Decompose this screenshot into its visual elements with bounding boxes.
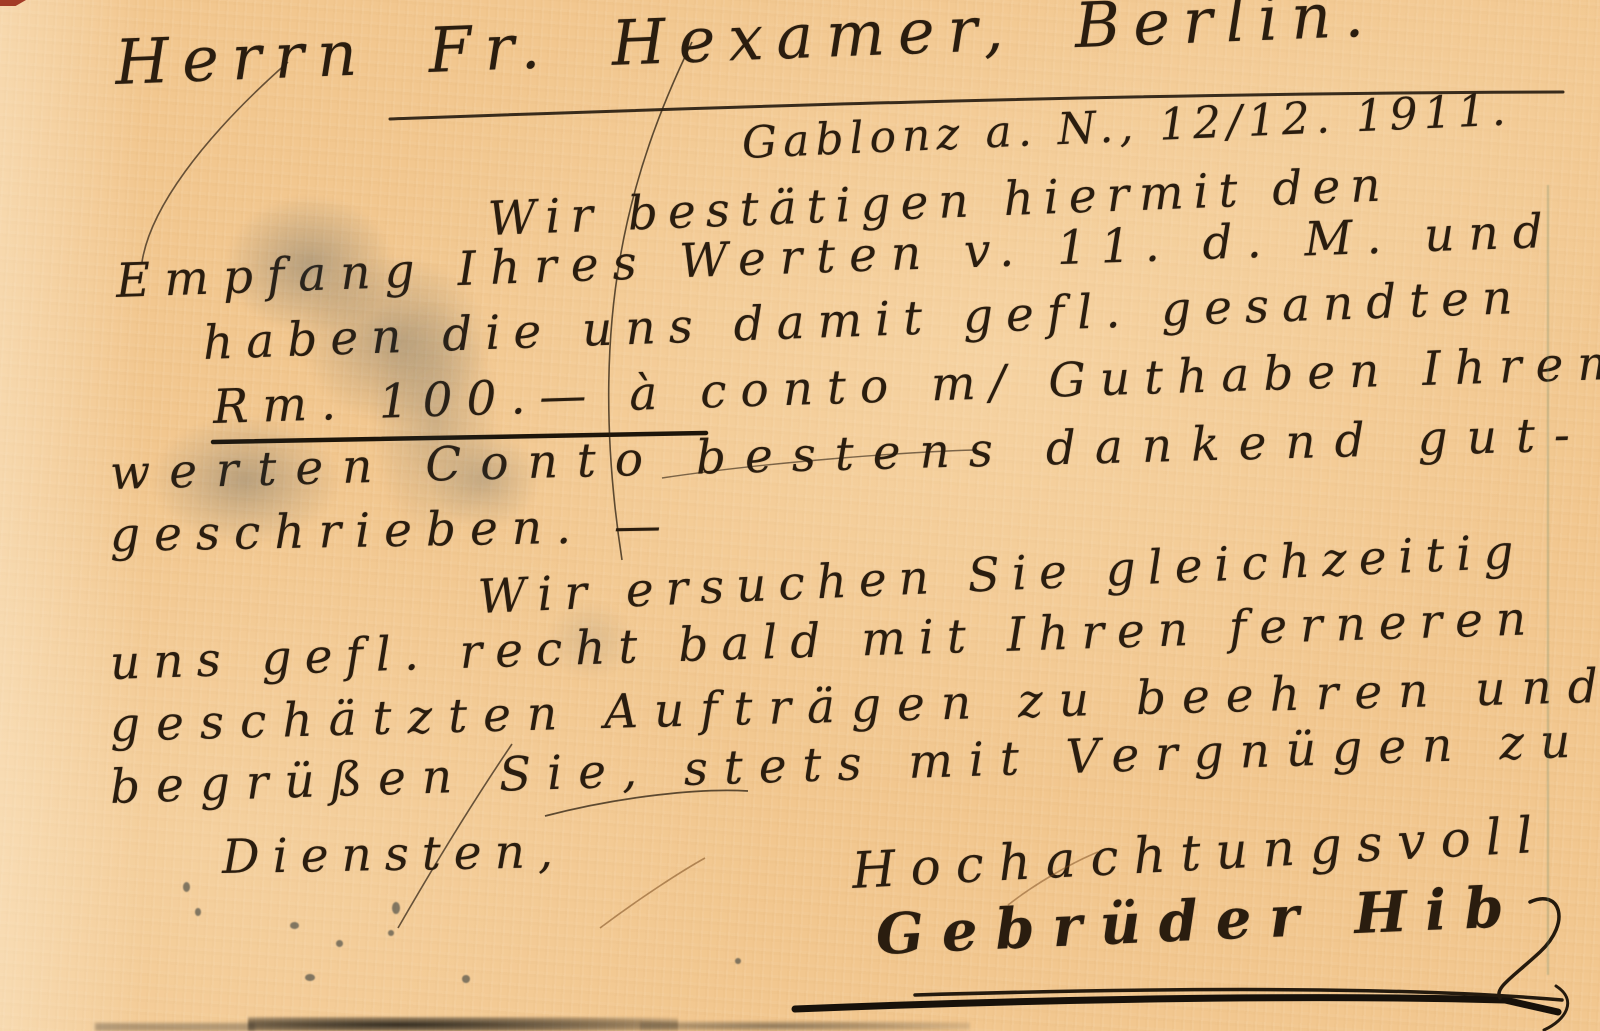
ink-speck	[195, 908, 201, 916]
ink-speck	[336, 940, 343, 947]
signature-flourish-hook	[1544, 986, 1568, 1030]
ink-speck	[735, 958, 741, 964]
bottom-edge-print-smudge	[640, 1021, 970, 1031]
recipient-line: Herrn Fr. Hexamer, Berlin.	[114, 0, 1378, 99]
ink-speck	[388, 930, 394, 936]
ink-speck	[462, 975, 470, 983]
ink-speck	[392, 902, 400, 914]
ink-speck	[305, 974, 315, 981]
signature-flourish	[795, 998, 1558, 1012]
postmark-smudge	[545, 600, 635, 680]
postmark-smudge	[430, 430, 540, 530]
bottom-edge-print-smudge	[95, 1023, 255, 1031]
scan-edge-red-sliver	[0, 0, 26, 6]
ink-speck	[183, 882, 190, 892]
postmark-smudge	[150, 415, 340, 545]
dateline: Gablonz a. N., 12/12. 1911.	[741, 84, 1513, 169]
signature-flourish	[915, 990, 1562, 1000]
faint-hairline	[600, 858, 705, 928]
postcard-scan: Herrn Fr. Hexamer, Berlin. Gablonz a. N.…	[0, 0, 1600, 1031]
body-line: Diensten,	[222, 824, 567, 885]
ink-speck	[290, 922, 299, 929]
bottom-edge-print-smudge	[248, 1017, 678, 1031]
vertical-crease-line	[1547, 185, 1549, 975]
